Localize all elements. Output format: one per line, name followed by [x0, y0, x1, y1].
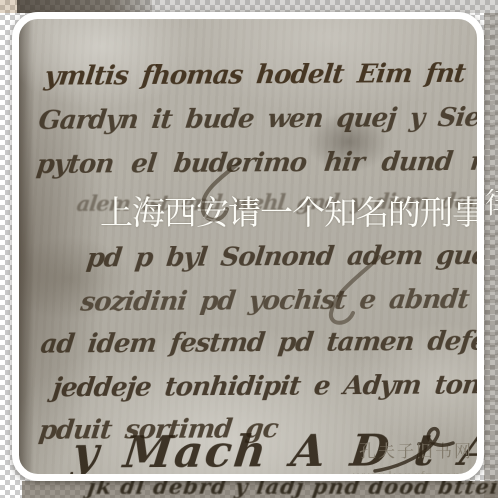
watermark-site-url: www.kongfz.com: [353, 468, 484, 481]
manuscript-line: pd p byl Solnond adem guej ad ffestu a e…: [85, 238, 484, 273]
background-fragment-right-strip: 律: [484, 13, 498, 498]
manuscript-photo: ymltis fhomas hodelt Eim fnt ad jospend …: [12, 12, 484, 481]
manuscript-line: pyton el buderimo hir dund romdien in yo…: [35, 144, 484, 180]
manuscript-photo-page: { "overlay": { "caption": "上海西安请一个知名的刑事律…: [0, 0, 498, 498]
manuscript-line: ad idem festmd pd tamen defend lieel sep…: [39, 324, 484, 359]
manuscript-line: sozidini pd yochist e abndt pd iden del …: [79, 282, 484, 317]
background-fragment-top-warm: [0, 0, 17, 13]
caption-overlay-text: 上海西安请一个知名的刑事律: [100, 193, 484, 233]
bottom-band-handwriting: jk dl debrd y ladj pnd dood bttein onr s…: [86, 481, 498, 498]
manuscript-line: ymltis fhomas hodelt Eim fnt ad jospend …: [43, 56, 484, 92]
clipped-overlay-character: 律: [485, 189, 498, 219]
manuscript-line: jeddeje tonhidipit e Adym tonhadie tende…: [51, 369, 484, 404]
manuscript-line: Gardyn it bude wen quej y Siem Poly den …: [37, 100, 484, 136]
background-fragment-bottom-band: jk dl debrd y ladj pnd dood bttein onr s…: [22, 481, 498, 498]
watermark-site-name: 孔夫子旧书网: [359, 437, 484, 462]
watermark: 孔夫子旧书网 www.kongfz.com: [359, 437, 484, 481]
